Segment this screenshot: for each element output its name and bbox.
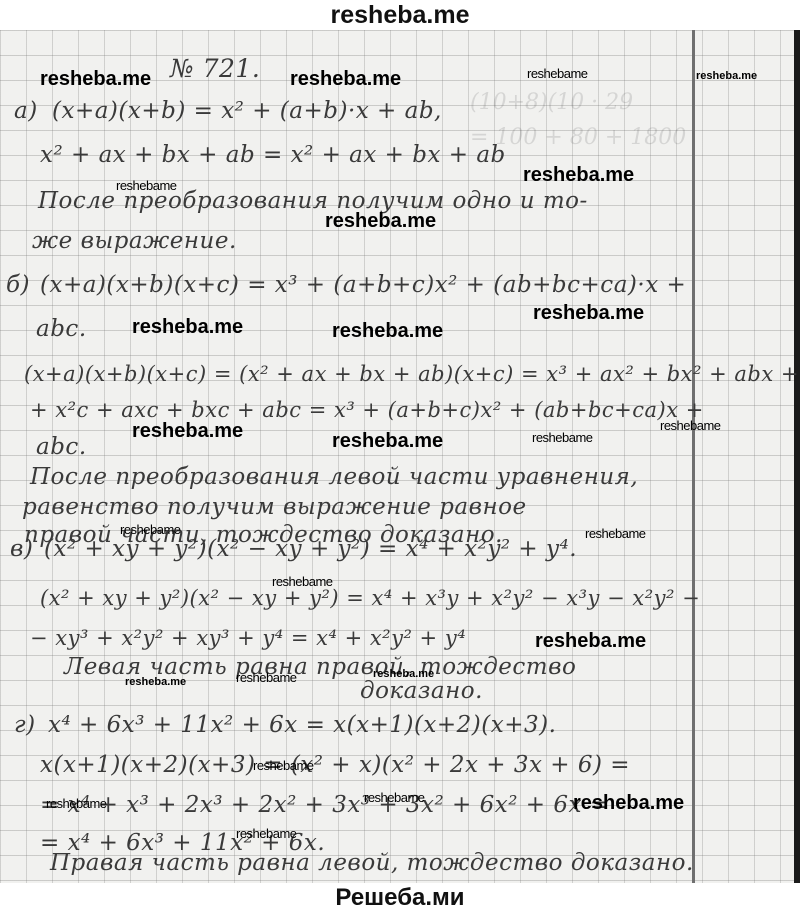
part-d-work-line: x(x+1)(x+2)(x+3) = (x² + x)(x² + 2x + 3x… — [40, 752, 630, 778]
watermark: reshebame — [364, 790, 425, 805]
watermark: resheba.me — [290, 68, 401, 91]
watermark: resheba.me — [696, 70, 757, 82]
part-b-label: б) — [6, 272, 30, 298]
part-b-work-line: abc. — [36, 434, 87, 460]
part-a-statement: (x+a)(x+b) = x² + (a+b)·x + ab, — [52, 98, 442, 124]
watermark: resheba.me — [373, 668, 434, 680]
watermark: resheba.me — [573, 792, 684, 815]
watermark: reshebame — [236, 670, 297, 685]
part-c-work-line: (x² + xy + y²)(x² − xy + y²) = x⁴ + x³y … — [40, 586, 700, 610]
part-b-work-line: (x+a)(x+b)(x+c) = (x² + ax + bx + ab)(x+… — [24, 362, 799, 386]
part-c-work-line: − xy³ + x²y² + xy³ + y⁴ = x⁴ + x²y² + y⁴ — [30, 626, 466, 650]
watermark: reshebame — [272, 574, 333, 589]
show-through-text: (10+8)(10 · 29 — [470, 90, 633, 115]
watermark: resheba.me — [332, 430, 443, 453]
part-b-conclusion-line: После преобразования левой части уравнен… — [30, 464, 638, 490]
notebook-page: (10+8)(10 · 29 = 100 + 80 + 1800 № 721. … — [0, 30, 800, 883]
part-c-statement: (x² + xy + y²)(x² − xy + y²) = x⁴ + x²y²… — [44, 536, 577, 562]
site-footer[interactable]: Решеба.ми — [0, 883, 800, 913]
watermark: resheba.me — [533, 302, 644, 325]
watermark: reshebame — [120, 522, 181, 537]
part-c-label: в) — [10, 536, 33, 562]
watermark: reshebame — [532, 430, 593, 445]
watermark: resheba.me — [523, 164, 634, 187]
page-edge — [794, 30, 800, 883]
part-d-conclusion-line: Правая часть равна левой, тождество дока… — [50, 850, 694, 876]
watermark: resheba.me — [332, 320, 443, 343]
part-d-statement: x⁴ + 6x³ + 11x² + 6x = x(x+1)(x+2)(x+3). — [48, 712, 556, 738]
part-b-conclusion-line: равенство получим выражение равное — [22, 494, 527, 520]
site-header[interactable]: resheba.me — [0, 0, 800, 30]
watermark: resheba.me — [535, 630, 646, 653]
watermark: reshebame — [236, 826, 297, 841]
watermark: reshebame — [116, 178, 177, 193]
watermark: resheba.me — [325, 210, 436, 233]
watermark: reshebame — [253, 758, 314, 773]
part-a-work-line: x² + ax + bx + ab = x² + ax + bx + ab — [40, 142, 506, 168]
notebook-margin-line — [692, 30, 695, 883]
part-b-work-line: + x²c + axc + bxc + abc = x³ + (a+b+c)x²… — [30, 398, 704, 422]
part-c-conclusion-line: доказано. — [360, 678, 483, 704]
part-b-statement-line: abc. — [36, 316, 87, 342]
watermark: resheba.me — [132, 316, 243, 339]
part-a-conclusion-line: же выражение. — [32, 228, 237, 254]
problem-number: № 721. — [170, 54, 260, 83]
watermark: resheba.me — [40, 68, 151, 91]
watermark: reshebame — [46, 796, 107, 811]
part-a-label: а) — [14, 98, 38, 124]
watermark: resheba.me — [132, 420, 243, 443]
watermark: resheba.me — [125, 676, 186, 688]
watermark: reshebame — [585, 526, 646, 541]
part-d-work-line: = x⁴ + x³ + 2x³ + 2x² + 3x³ + 3x² + 6x² … — [40, 792, 610, 818]
watermark: reshebame — [527, 66, 588, 81]
watermark: reshebame — [660, 418, 721, 433]
part-d-label: г) — [14, 712, 36, 738]
part-b-statement-line: (x+a)(x+b)(x+c) = x³ + (a+b+c)x² + (ab+b… — [40, 272, 686, 298]
